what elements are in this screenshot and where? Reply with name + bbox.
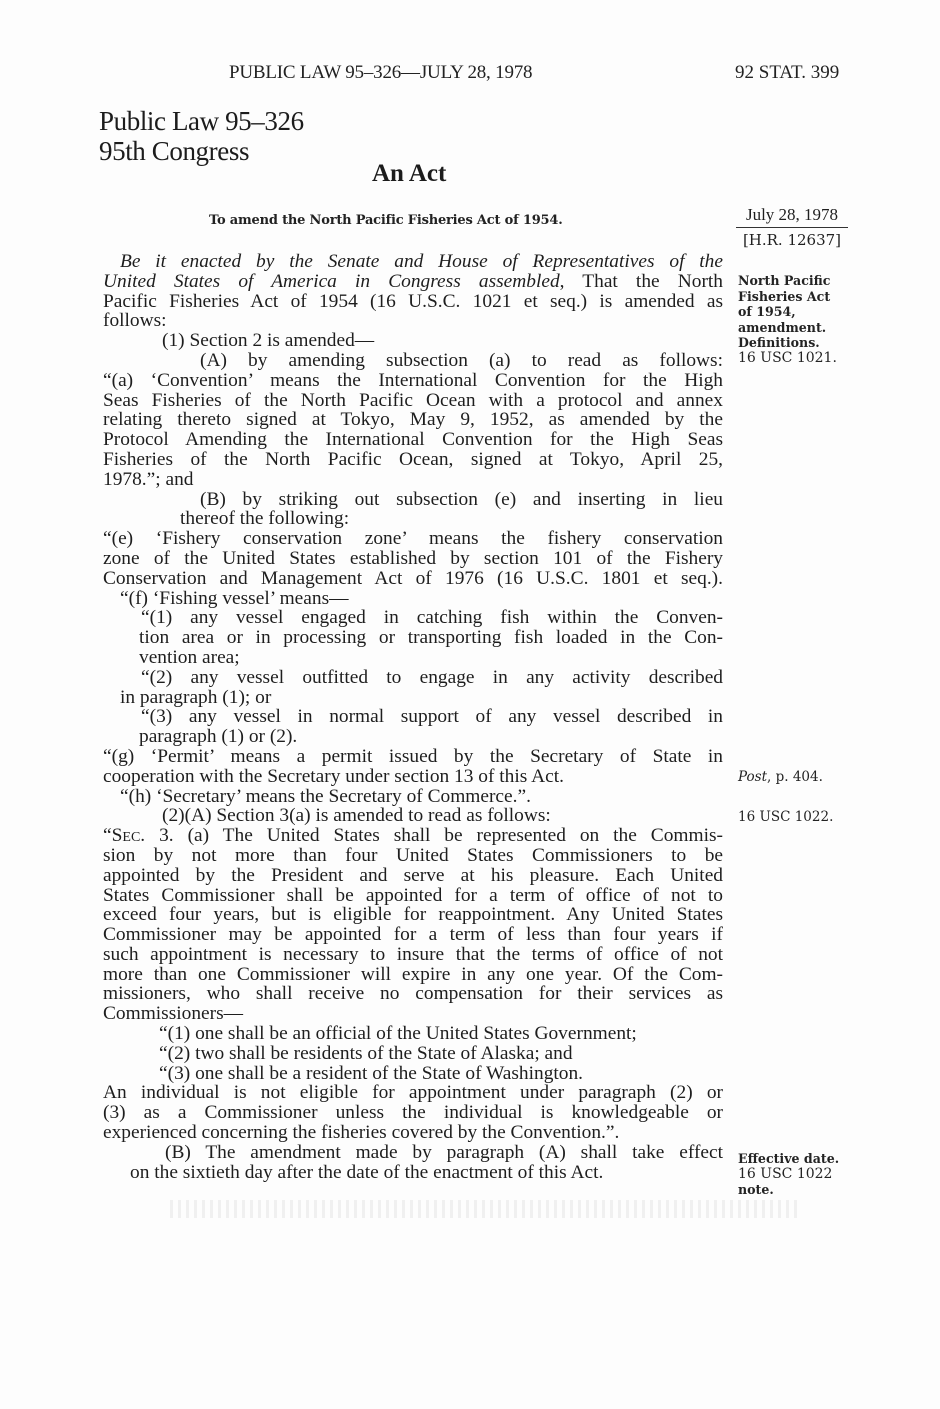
body-line: more than one Commissioner will expire i…: [103, 965, 723, 985]
body-line: “(2) two shall be residents of the State…: [103, 1044, 723, 1064]
enacting-clause-line: Be it enacted by the Senate and House of…: [103, 252, 723, 272]
body-line: “(1) one shall be an official of the Uni…: [103, 1024, 723, 1044]
body-line: paragraph (1) or (2).: [103, 727, 723, 747]
date-block: July 28, 1978 [H.R. 12637]: [736, 205, 848, 249]
body-line: (A) by amending subsection (a) to read a…: [103, 351, 723, 371]
body-line: (1) Section 2 is amended—: [103, 331, 723, 351]
congress-number: 95th Congress: [99, 136, 304, 166]
body-line: (B) The amendment made by paragraph (A) …: [103, 1143, 723, 1163]
enacting-clause-line: United States of America in Congress ass…: [103, 272, 723, 292]
body-line: “(f) ‘Fishing vessel’ means—: [103, 589, 723, 609]
act-purpose: To amend the North Pacific Fisheries Act…: [209, 213, 563, 228]
body-line: “(g) ‘Permit’ means a permit issued by t…: [103, 747, 723, 767]
enactment-date: July 28, 1978: [736, 205, 848, 228]
body-line: “(a) ‘Convention’ means the Internationa…: [103, 371, 723, 391]
body-line: Commissioner may be appointed for a term…: [103, 925, 723, 945]
body-line: exceed four years, but is eligible for r…: [103, 905, 723, 925]
public-law-number: Public Law 95–326: [99, 106, 304, 136]
scan-bleed-through: [170, 1200, 800, 1218]
act-body: Be it enacted by the Senate and House of…: [103, 252, 723, 1182]
body-line: Conservation and Management Act of 1976 …: [103, 569, 723, 589]
bill-number: [H.R. 12637]: [736, 228, 848, 249]
body-line: thereof the following:: [103, 509, 723, 529]
margin-note-post-reference: Post, p. 404.: [738, 770, 868, 786]
body-line: 1978.”; and: [103, 470, 723, 490]
body-line: Seas Fisheries of the North Pacific Ocea…: [103, 391, 723, 411]
body-line: follows:: [103, 311, 723, 331]
body-line: “(2) any vessel outfitted to engage in a…: [103, 668, 723, 688]
margin-note-effective-date: Effective date. 16 USC 1022 note.: [738, 1151, 868, 1198]
body-line: Protocol Amending the International Conv…: [103, 430, 723, 450]
body-line: experienced concerning the fisheries cov…: [103, 1123, 723, 1143]
body-line: “(3) one shall be a resident of the Stat…: [103, 1064, 723, 1084]
body-line: cooperation with the Secretary under sec…: [103, 767, 723, 787]
body-line: on the sixtieth day after the date of th…: [103, 1163, 723, 1183]
body-line: An individual is not eligible for appoin…: [103, 1083, 723, 1103]
body-line: (B) by striking out subsection (e) and i…: [103, 490, 723, 510]
body-line: tion area or in processing or transporti…: [103, 628, 723, 648]
body-line: “(h) ‘Secretary’ means the Secretary of …: [103, 787, 723, 807]
body-line: “Sec. 3. (a) The United States shall be …: [103, 826, 723, 846]
statute-page-number: 92 STAT. 399: [735, 62, 839, 84]
body-line: “(3) any vessel in normal support of any…: [103, 707, 723, 727]
body-line: (2)(A) Section 3(a) is amended to read a…: [103, 806, 723, 826]
body-line: appointed by the President and serve at …: [103, 866, 723, 886]
body-line: such appointment is necessary to insure …: [103, 945, 723, 965]
margin-note-usc-1022: 16 USC 1022.: [738, 810, 868, 826]
body-line: zone of the United States established by…: [103, 549, 723, 569]
body-line: (3) as a Commissioner unless the individ…: [103, 1103, 723, 1123]
body-line: Commissioners—: [103, 1004, 723, 1024]
body-line: “(1) any vessel engaged in catching fish…: [103, 608, 723, 628]
running-header-title: PUBLIC LAW 95–326—JULY 28, 1978: [229, 62, 532, 84]
body-line: relating thereto signed at Tokyo, May 9,…: [103, 410, 723, 430]
act-heading: An Act: [372, 160, 446, 188]
body-line: Pacific Fisheries Act of 1954 (16 U.S.C.…: [103, 292, 723, 312]
law-title-block: Public Law 95–326 95th Congress: [99, 106, 304, 166]
document-page: PUBLIC LAW 95–326—JULY 28, 1978 92 STAT.…: [0, 0, 940, 1409]
body-line: States Commissioner shall be appointed f…: [103, 886, 723, 906]
running-header: PUBLIC LAW 95–326—JULY 28, 1978 92 STAT.…: [0, 62, 940, 88]
body-line: “(e) ‘Fishery conservation zone’ means t…: [103, 529, 723, 549]
body-line: missioners, who shall receive no compens…: [103, 984, 723, 1004]
body-line: sion by not more than four United States…: [103, 846, 723, 866]
body-line: in paragraph (1); or: [103, 688, 723, 708]
body-line: vention area;: [103, 648, 723, 668]
body-line: Fisheries of the North Pacific Ocean, si…: [103, 450, 723, 470]
margin-note-amendment: North Pacific Fisheries Act of 1954, ame…: [738, 273, 868, 366]
